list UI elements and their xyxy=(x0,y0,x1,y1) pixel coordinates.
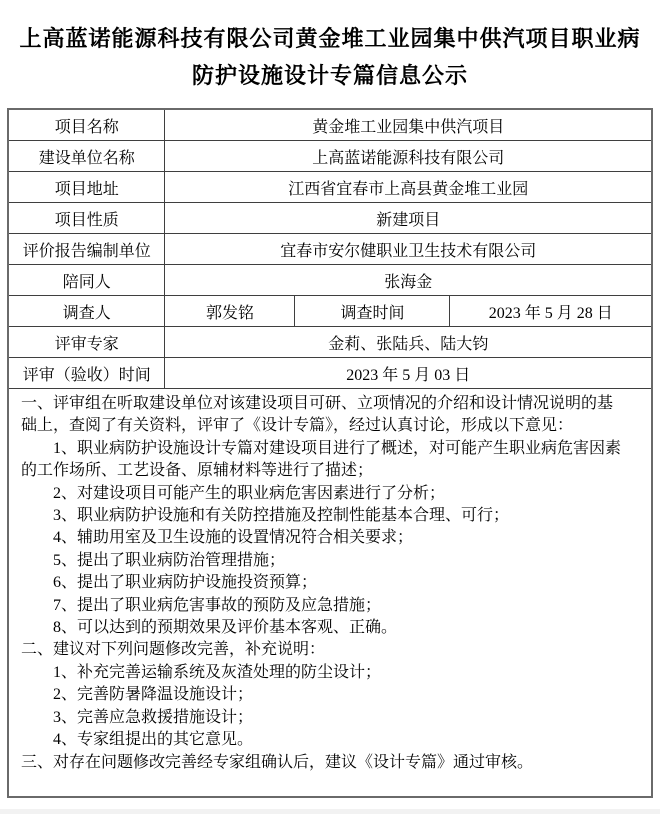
document-page: 上高蓝诺能源科技有限公司黄金堆工业园集中供汽项目职业病 防护设施设计专篇信息公示… xyxy=(0,0,660,814)
opinion-paragraph: 8、可以达到的预期效果及评价基本客观、正确。 xyxy=(21,617,621,639)
opinion-paragraph: 7、提出了职业病危害事故的预防及应急措施； xyxy=(21,595,621,617)
table-row-review-time: 评审（验收）时间 2023 年 5 月 03 日 xyxy=(8,358,652,389)
field-label: 项目性质 xyxy=(8,203,165,234)
field-value: 上高蓝诺能源科技有限公司 xyxy=(165,141,652,172)
table-row-accompanying-person: 陪同人 张海金 xyxy=(8,265,652,296)
field-label: 评价报告编制单位 xyxy=(8,234,165,265)
opinion-paragraph: 5、提出了职业病防治管理措施； xyxy=(21,550,621,572)
table-row-construction-unit: 建设单位名称 上高蓝诺能源科技有限公司 xyxy=(8,141,652,172)
field-value: 金莉、张陆兵、陆大钧 xyxy=(165,327,652,358)
opinion-paragraph: 6、提出了职业病防护设施投资预算； xyxy=(21,572,621,594)
table-row-project-nature: 项目性质 新建项目 xyxy=(8,203,652,234)
field-value: 新建项目 xyxy=(165,203,652,234)
field-label: 项目地址 xyxy=(8,172,165,203)
table-row-opinions: 一、评审组在听取建设单位对该建设项目可研、立项情况的介绍和设计情况说明的基础上，… xyxy=(8,389,652,798)
field-value: 郭发铭 xyxy=(165,296,295,327)
field-value: 黄金堆工业园集中供汽项目 xyxy=(165,109,652,141)
field-label: 评审（验收）时间 xyxy=(8,358,165,389)
info-table: 项目名称 黄金堆工业园集中供汽项目 建设单位名称 上高蓝诺能源科技有限公司 项目… xyxy=(7,108,653,798)
opinion-paragraph: 二、建议对下列问题修改完善，补充说明： xyxy=(21,639,621,661)
field-label: 项目名称 xyxy=(8,109,165,141)
field-label: 调查时间 xyxy=(295,296,450,327)
table-row-report-unit: 评价报告编制单位 宜春市安尔健职业卫生技术有限公司 xyxy=(8,234,652,265)
field-label: 陪同人 xyxy=(8,265,165,296)
field-value: 张海金 xyxy=(165,265,652,296)
field-label: 建设单位名称 xyxy=(8,141,165,172)
table-row-investigator: 调查人 郭发铭 调查时间 2023 年 5 月 28 日 xyxy=(8,296,652,327)
page-title-line2: 防护设施设计专篇信息公示 xyxy=(192,63,468,88)
field-label: 调查人 xyxy=(8,296,165,327)
opinion-paragraph: 1、补充完善运输系统及灰渣处理的防尘设计； xyxy=(21,662,621,684)
page-title-line1: 上高蓝诺能源科技有限公司黄金堆工业园集中供汽项目职业病 xyxy=(19,26,640,51)
opinion-paragraph: 一、评审组在听取建设单位对该建设项目可研、立项情况的介绍和设计情况说明的基础上，… xyxy=(21,393,621,438)
opinion-paragraph: 4、辅助用室及卫生设施的设置情况符合相关要求； xyxy=(21,527,621,549)
field-value: 2023 年 5 月 03 日 xyxy=(165,358,652,389)
page-bottom-edge xyxy=(0,809,660,814)
field-value: 2023 年 5 月 28 日 xyxy=(450,296,652,327)
field-label: 评审专家 xyxy=(8,327,165,358)
opinion-paragraph: 三、对存在问题修改完善经专家组确认后，建议《设计专篇》通过审核。 xyxy=(21,752,621,774)
table-row-project-address: 项目地址 江西省宜春市上高县黄金堆工业园 xyxy=(8,172,652,203)
opinion-paragraph: 1、职业病防护设施设计专篇对建设项目进行了概述，对可能产生职业病危害因素的工作场… xyxy=(21,438,621,483)
opinion-paragraph: 3、完善应急救援措施设计； xyxy=(21,707,621,729)
opinion-paragraph: 4、专家组提出的其它意见。 xyxy=(21,729,621,751)
opinion-paragraph: 2、完善防暑降温设施设计； xyxy=(21,684,621,706)
opinion-paragraph: 3、职业病防护设施和有关防控措施及控制性能基本合理、可行； xyxy=(21,505,621,527)
table-row-review-experts: 评审专家 金莉、张陆兵、陆大钧 xyxy=(8,327,652,358)
opinion-paragraph: 2、对建设项目可能产生的职业病危害因素进行了分析； xyxy=(21,483,621,505)
table-row-project-name: 项目名称 黄金堆工业园集中供汽项目 xyxy=(8,109,652,141)
field-value: 宜春市安尔健职业卫生技术有限公司 xyxy=(165,234,652,265)
page-title: 上高蓝诺能源科技有限公司黄金堆工业园集中供汽项目职业病 防护设施设计专篇信息公示 xyxy=(0,0,660,94)
opinion-section: 一、评审组在听取建设单位对该建设项目可研、立项情况的介绍和设计情况说明的基础上，… xyxy=(8,389,652,798)
field-value: 江西省宜春市上高县黄金堆工业园 xyxy=(165,172,652,203)
